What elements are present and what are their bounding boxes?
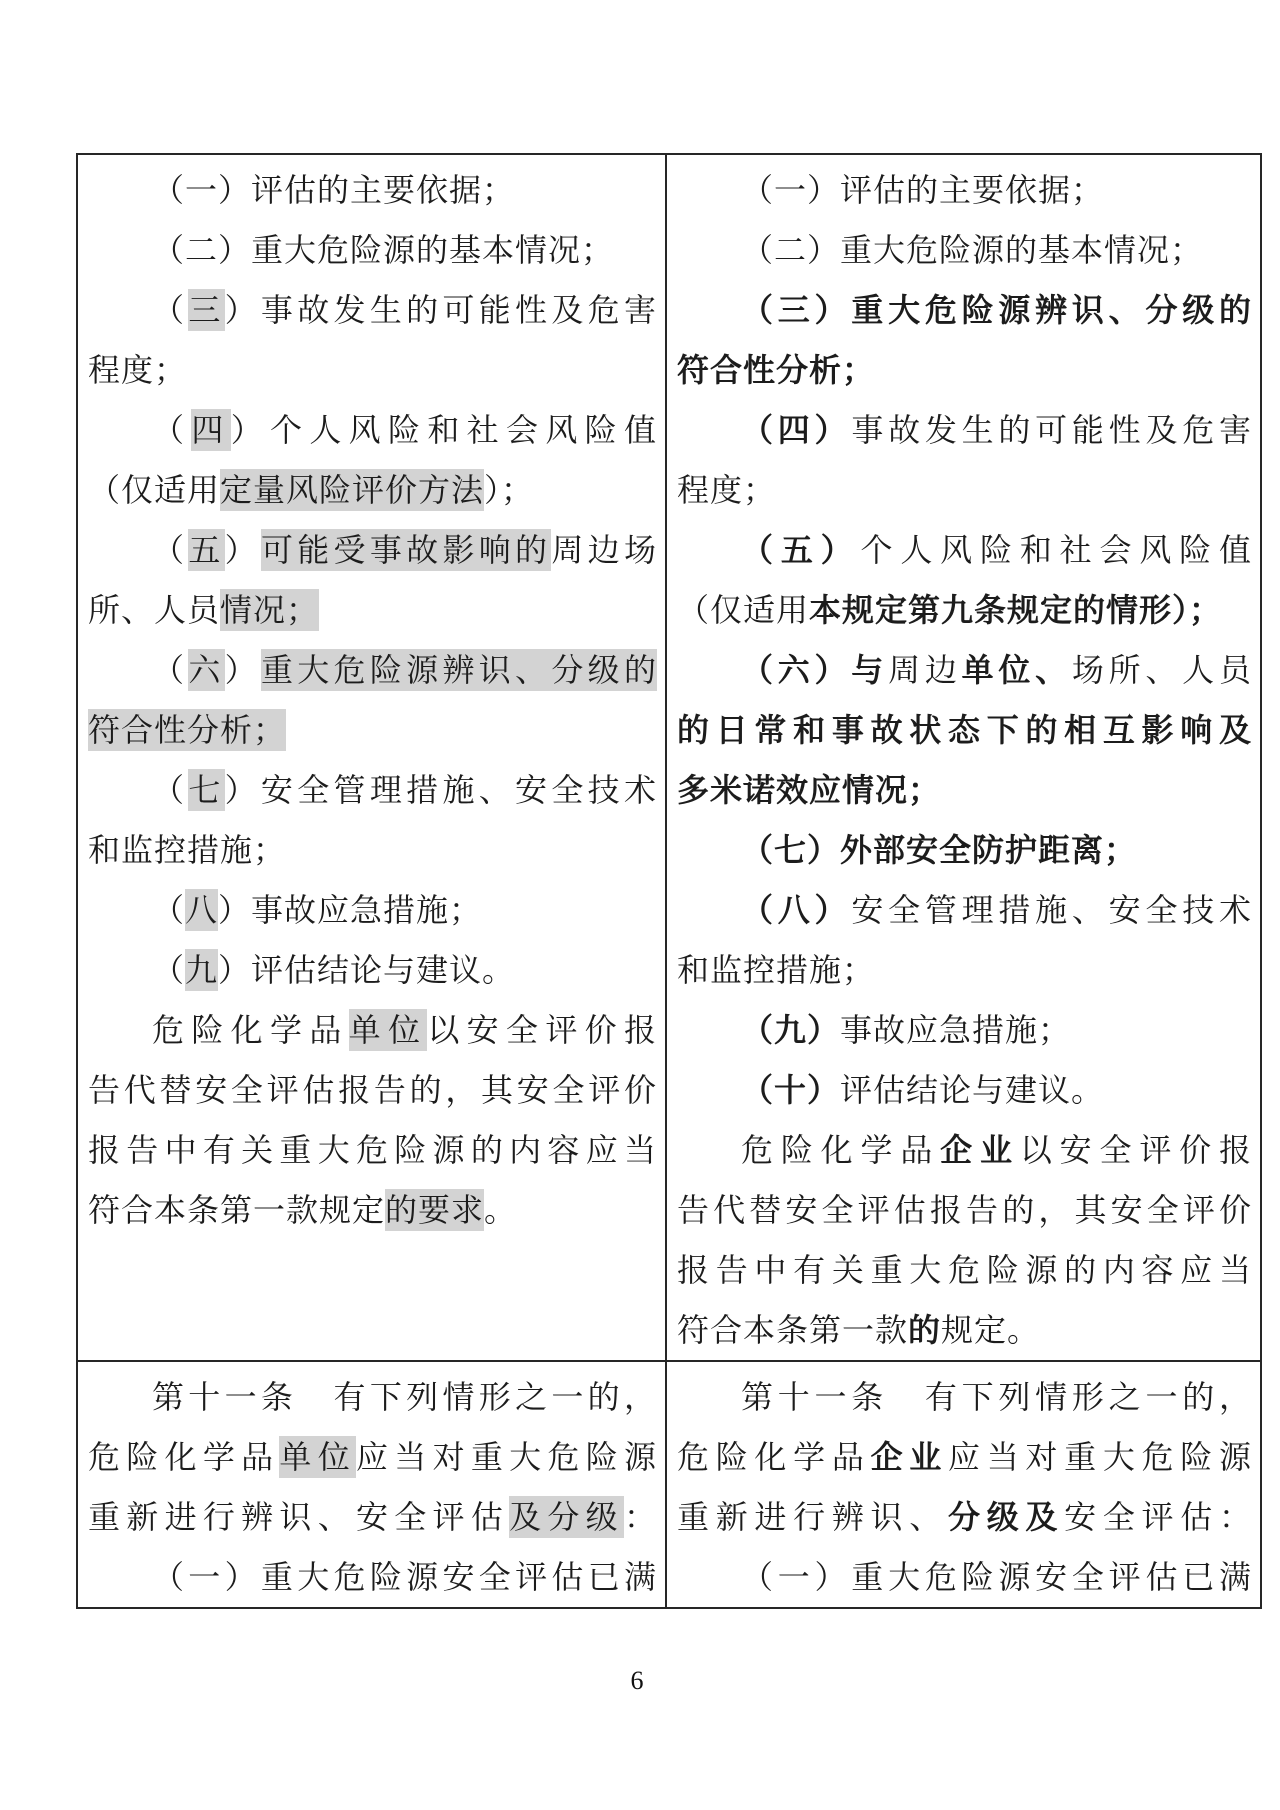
text-line: （一）重大危险源安全评估已满 <box>677 1547 1252 1607</box>
text-line: 危险化学品企业以安全评价报 <box>677 1120 1252 1180</box>
highlighted-text: 四 <box>191 409 230 451</box>
bold-text: 分级及 <box>948 1499 1064 1535</box>
text-line: 危险化学品企业应当对重大危险源 <box>677 1427 1252 1487</box>
bold-text: （七）外部安全防护距离； <box>741 832 1137 868</box>
text-segment: 重新进行辨识、安全评估 <box>88 1499 509 1535</box>
text-line: 第十一条 有下列情形之一的， <box>677 1367 1252 1427</box>
text-segment: ） <box>225 532 261 568</box>
regulation-comparison-table: （一）评估的主要依据；（二）重大危险源的基本情况；（三）事故发生的可能性及危害程… <box>76 153 1262 1609</box>
text-line: 报告中有关重大危险源的内容应当 <box>677 1240 1252 1300</box>
text-segment: 和监控措施； <box>677 952 875 988</box>
text-segment: 。 <box>484 1192 517 1228</box>
text-line: 重新进行辨识、安全评估及分级： <box>88 1487 657 1547</box>
highlighted-text: 五 <box>188 529 224 571</box>
text-segment: 第十一条 有下列情形之一的， <box>152 1379 657 1415</box>
bold-text: 企业 <box>940 1132 1020 1168</box>
text-line: （仅适用本规定第九条规定的情形）； <box>677 580 1252 640</box>
text-line: 告代替安全评估报告的，其安全评价 <box>677 1180 1252 1240</box>
text-segment: ）评估结论与建议。 <box>218 952 515 988</box>
text-segment: 符合本条第一款规定 <box>88 1192 385 1228</box>
text-segment: ）个人风险和社会风险值 <box>231 412 657 448</box>
bold-text: （六）与 <box>741 652 888 688</box>
new-version-cell-article10: （一）评估的主要依据；（二）重大危险源的基本情况；（三）重大危险源辨识、分级的符… <box>666 154 1261 1361</box>
text-line: 和监控措施； <box>88 820 657 880</box>
text-line: 第十一条 有下列情形之一的， <box>88 1367 657 1427</box>
text-line: 危险化学品单位应当对重大危险源 <box>88 1427 657 1487</box>
text-segment: （ <box>152 292 188 328</box>
text-segment: 符合本条第一款 <box>677 1312 908 1348</box>
text-segment: （ <box>152 892 185 928</box>
text-line: （九）评估结论与建议。 <box>88 940 657 1000</box>
highlighted-text: 的要求 <box>385 1189 484 1231</box>
text-segment: 以安全评价报 <box>427 1012 657 1048</box>
text-line: （三）事故发生的可能性及危害 <box>88 280 657 340</box>
text-line: 所、人员情况； <box>88 580 657 640</box>
text-segment: 危险化学品 <box>741 1132 940 1168</box>
highlighted-text: 可能受事故影响的 <box>261 529 551 571</box>
highlighted-text: 六 <box>188 649 224 691</box>
text-segment: （二）重大危险源的基本情况； <box>152 232 614 268</box>
table-row: （一）评估的主要依据；（二）重大危险源的基本情况；（三）事故发生的可能性及危害程… <box>77 154 1261 1361</box>
text-segment: 危险化学品 <box>152 1012 349 1048</box>
text-line: （七）安全管理措施、安全技术 <box>88 760 657 820</box>
text-line: （三）重大危险源辨识、分级的 <box>677 280 1252 340</box>
text-line: （六）重大危险源辨识、分级的 <box>88 640 657 700</box>
text-segment: 应当对重大危险源 <box>356 1439 657 1475</box>
text-line: （一）评估的主要依据； <box>88 160 657 220</box>
text-segment: 周边 <box>888 652 962 688</box>
text-line: （四）事故发生的可能性及危害 <box>677 400 1252 460</box>
text-line: 符合性分析； <box>88 700 657 760</box>
bold-text: 单位、 <box>962 652 1072 688</box>
text-segment: （一）评估的主要依据； <box>152 172 515 208</box>
text-segment: 安全管理措施、安全技术 <box>851 892 1252 928</box>
text-line: （六）与周边单位、场所、人员 <box>677 640 1252 700</box>
table-row: 第十一条 有下列情形之一的，危险化学品单位应当对重大危险源重新进行辨识、安全评估… <box>77 1361 1261 1608</box>
text-segment: 程度； <box>88 352 187 388</box>
text-line: 和监控措施； <box>677 940 1252 1000</box>
text-segment: （ <box>152 772 188 808</box>
text-segment: （ <box>152 652 188 688</box>
text-segment: 事故应急措施； <box>840 1012 1071 1048</box>
text-line: 多米诺效应情况； <box>677 760 1252 820</box>
bold-text: 的 <box>908 1312 941 1348</box>
text-line: 报告中有关重大危险源的内容应当 <box>88 1120 657 1180</box>
bold-text: （三）重大危险源辨识、分级的 <box>741 292 1252 328</box>
text-segment: 个人风险和社会风险值 <box>861 532 1252 568</box>
highlighted-text: 单位 <box>349 1009 428 1051</box>
text-segment: 危险化学品 <box>677 1439 871 1475</box>
highlighted-text: 八 <box>185 889 218 931</box>
text-line: （五）个人风险和社会风险值 <box>677 520 1252 580</box>
text-segment: （ <box>152 412 191 448</box>
highlighted-text: 七 <box>188 769 224 811</box>
highlighted-text: 九 <box>185 949 218 991</box>
text-line: （五）可能受事故影响的周边场 <box>88 520 657 580</box>
text-line: 重新进行辨识、分级及安全评估： <box>677 1487 1252 1547</box>
text-segment: ）； <box>484 472 534 508</box>
text-line: 程度； <box>88 340 657 400</box>
bold-text: （十） <box>741 1072 840 1108</box>
highlighted-text: 符合性分析； <box>88 709 286 751</box>
bold-text: 本规定第九条规定的情形）； <box>809 592 1222 628</box>
text-segment: 评估结论与建议。 <box>840 1072 1104 1108</box>
text-segment: 告代替安全评估报告的，其安全评价 <box>88 1072 657 1108</box>
old-version-cell-article11: 第十一条 有下列情形之一的，危险化学品单位应当对重大危险源重新进行辨识、安全评估… <box>77 1361 666 1608</box>
bold-text: 多米诺效应情况； <box>677 772 941 808</box>
text-segment: 重新进行辨识、 <box>677 1499 948 1535</box>
text-segment: （一）评估的主要依据； <box>741 172 1104 208</box>
text-line: （二）重大危险源的基本情况； <box>88 220 657 280</box>
text-segment: 周边场 <box>551 532 657 568</box>
text-segment: （一）重大危险源安全评估已满 <box>152 1559 657 1595</box>
bold-text: （五） <box>741 532 861 568</box>
bold-text: （四） <box>741 412 851 448</box>
highlighted-text: 重大危险源辨识、分级的 <box>261 649 657 691</box>
text-line: 的日常和事故状态下的相互影响及 <box>677 700 1252 760</box>
page-number: 6 <box>0 1666 1274 1696</box>
text-line: （八）安全管理措施、安全技术 <box>677 880 1252 940</box>
text-line: （仅适用定量风险评价方法）； <box>88 460 657 520</box>
text-segment: （ <box>152 952 185 988</box>
highlighted-text: 定量风险评价方法 <box>220 469 484 511</box>
text-segment: （仅适用 <box>88 472 220 508</box>
text-segment: ） <box>225 652 261 688</box>
text-line: （二）重大危险源的基本情况； <box>677 220 1252 280</box>
text-line: （八）事故应急措施； <box>88 880 657 940</box>
text-line: （一）评估的主要依据； <box>677 160 1252 220</box>
text-segment: 危险化学品 <box>88 1439 279 1475</box>
new-version-cell-article11: 第十一条 有下列情形之一的，危险化学品企业应当对重大危险源重新进行辨识、分级及安… <box>666 1361 1261 1608</box>
highlighted-text: 情况； <box>220 589 319 631</box>
text-line: 符合本条第一款规定的要求。 <box>88 1180 657 1240</box>
text-line: （十）评估结论与建议。 <box>677 1060 1252 1120</box>
text-segment: 安全评估： <box>1064 1499 1252 1535</box>
text-segment: （二）重大危险源的基本情况； <box>741 232 1203 268</box>
text-segment: ）事故应急措施； <box>218 892 482 928</box>
text-segment: ）事故发生的可能性及危害 <box>225 292 657 328</box>
text-line: 程度； <box>677 460 1252 520</box>
text-segment: 程度； <box>677 472 776 508</box>
text-segment: 应当对重大危险源 <box>948 1439 1252 1475</box>
text-segment: 规定。 <box>941 1312 1040 1348</box>
text-segment: （仅适用 <box>677 592 809 628</box>
bold-text: 企业 <box>871 1439 948 1475</box>
text-line: 符合性分析； <box>677 340 1252 400</box>
text-segment: 事故发生的可能性及危害 <box>851 412 1252 448</box>
text-line: （九）事故应急措施； <box>677 1000 1252 1060</box>
text-segment: （一）重大危险源安全评估已满 <box>741 1559 1252 1595</box>
text-segment: 报告中有关重大危险源的内容应当 <box>677 1252 1252 1288</box>
text-segment: 所、人员 <box>88 592 220 628</box>
text-line: 符合本条第一款的规定。 <box>677 1300 1252 1360</box>
text-line: （四）个人风险和社会风险值 <box>88 400 657 460</box>
bold-text: 的日常和事故状态下的相互影响及 <box>677 712 1252 748</box>
text-segment: ）安全管理措施、安全技术 <box>225 772 657 808</box>
highlighted-text: 三 <box>188 289 224 331</box>
text-line: （七）外部安全防护距离； <box>677 820 1252 880</box>
bold-text: （八） <box>741 892 851 928</box>
old-version-cell-article10: （一）评估的主要依据；（二）重大危险源的基本情况；（三）事故发生的可能性及危害程… <box>77 154 666 1361</box>
text-segment: 告代替安全评估报告的，其安全评价 <box>677 1192 1252 1228</box>
text-segment: 场所、人员 <box>1072 652 1252 688</box>
text-segment: （ <box>152 532 188 568</box>
text-line: 告代替安全评估报告的，其安全评价 <box>88 1060 657 1120</box>
bold-text: （九） <box>741 1012 840 1048</box>
text-segment: ： <box>624 1499 657 1535</box>
text-segment: 第十一条 有下列情形之一的， <box>741 1379 1252 1415</box>
highlighted-text: 单位 <box>279 1436 356 1478</box>
text-line: 危险化学品单位以安全评价报 <box>88 1000 657 1060</box>
text-segment: 以安全评价报 <box>1020 1132 1252 1168</box>
text-line: （一）重大危险源安全评估已满 <box>88 1547 657 1607</box>
bold-text: 符合性分析； <box>677 352 875 388</box>
text-segment: 和监控措施； <box>88 832 286 868</box>
highlighted-text: 及分级 <box>509 1496 624 1538</box>
text-segment: 报告中有关重大危险源的内容应当 <box>88 1132 657 1168</box>
